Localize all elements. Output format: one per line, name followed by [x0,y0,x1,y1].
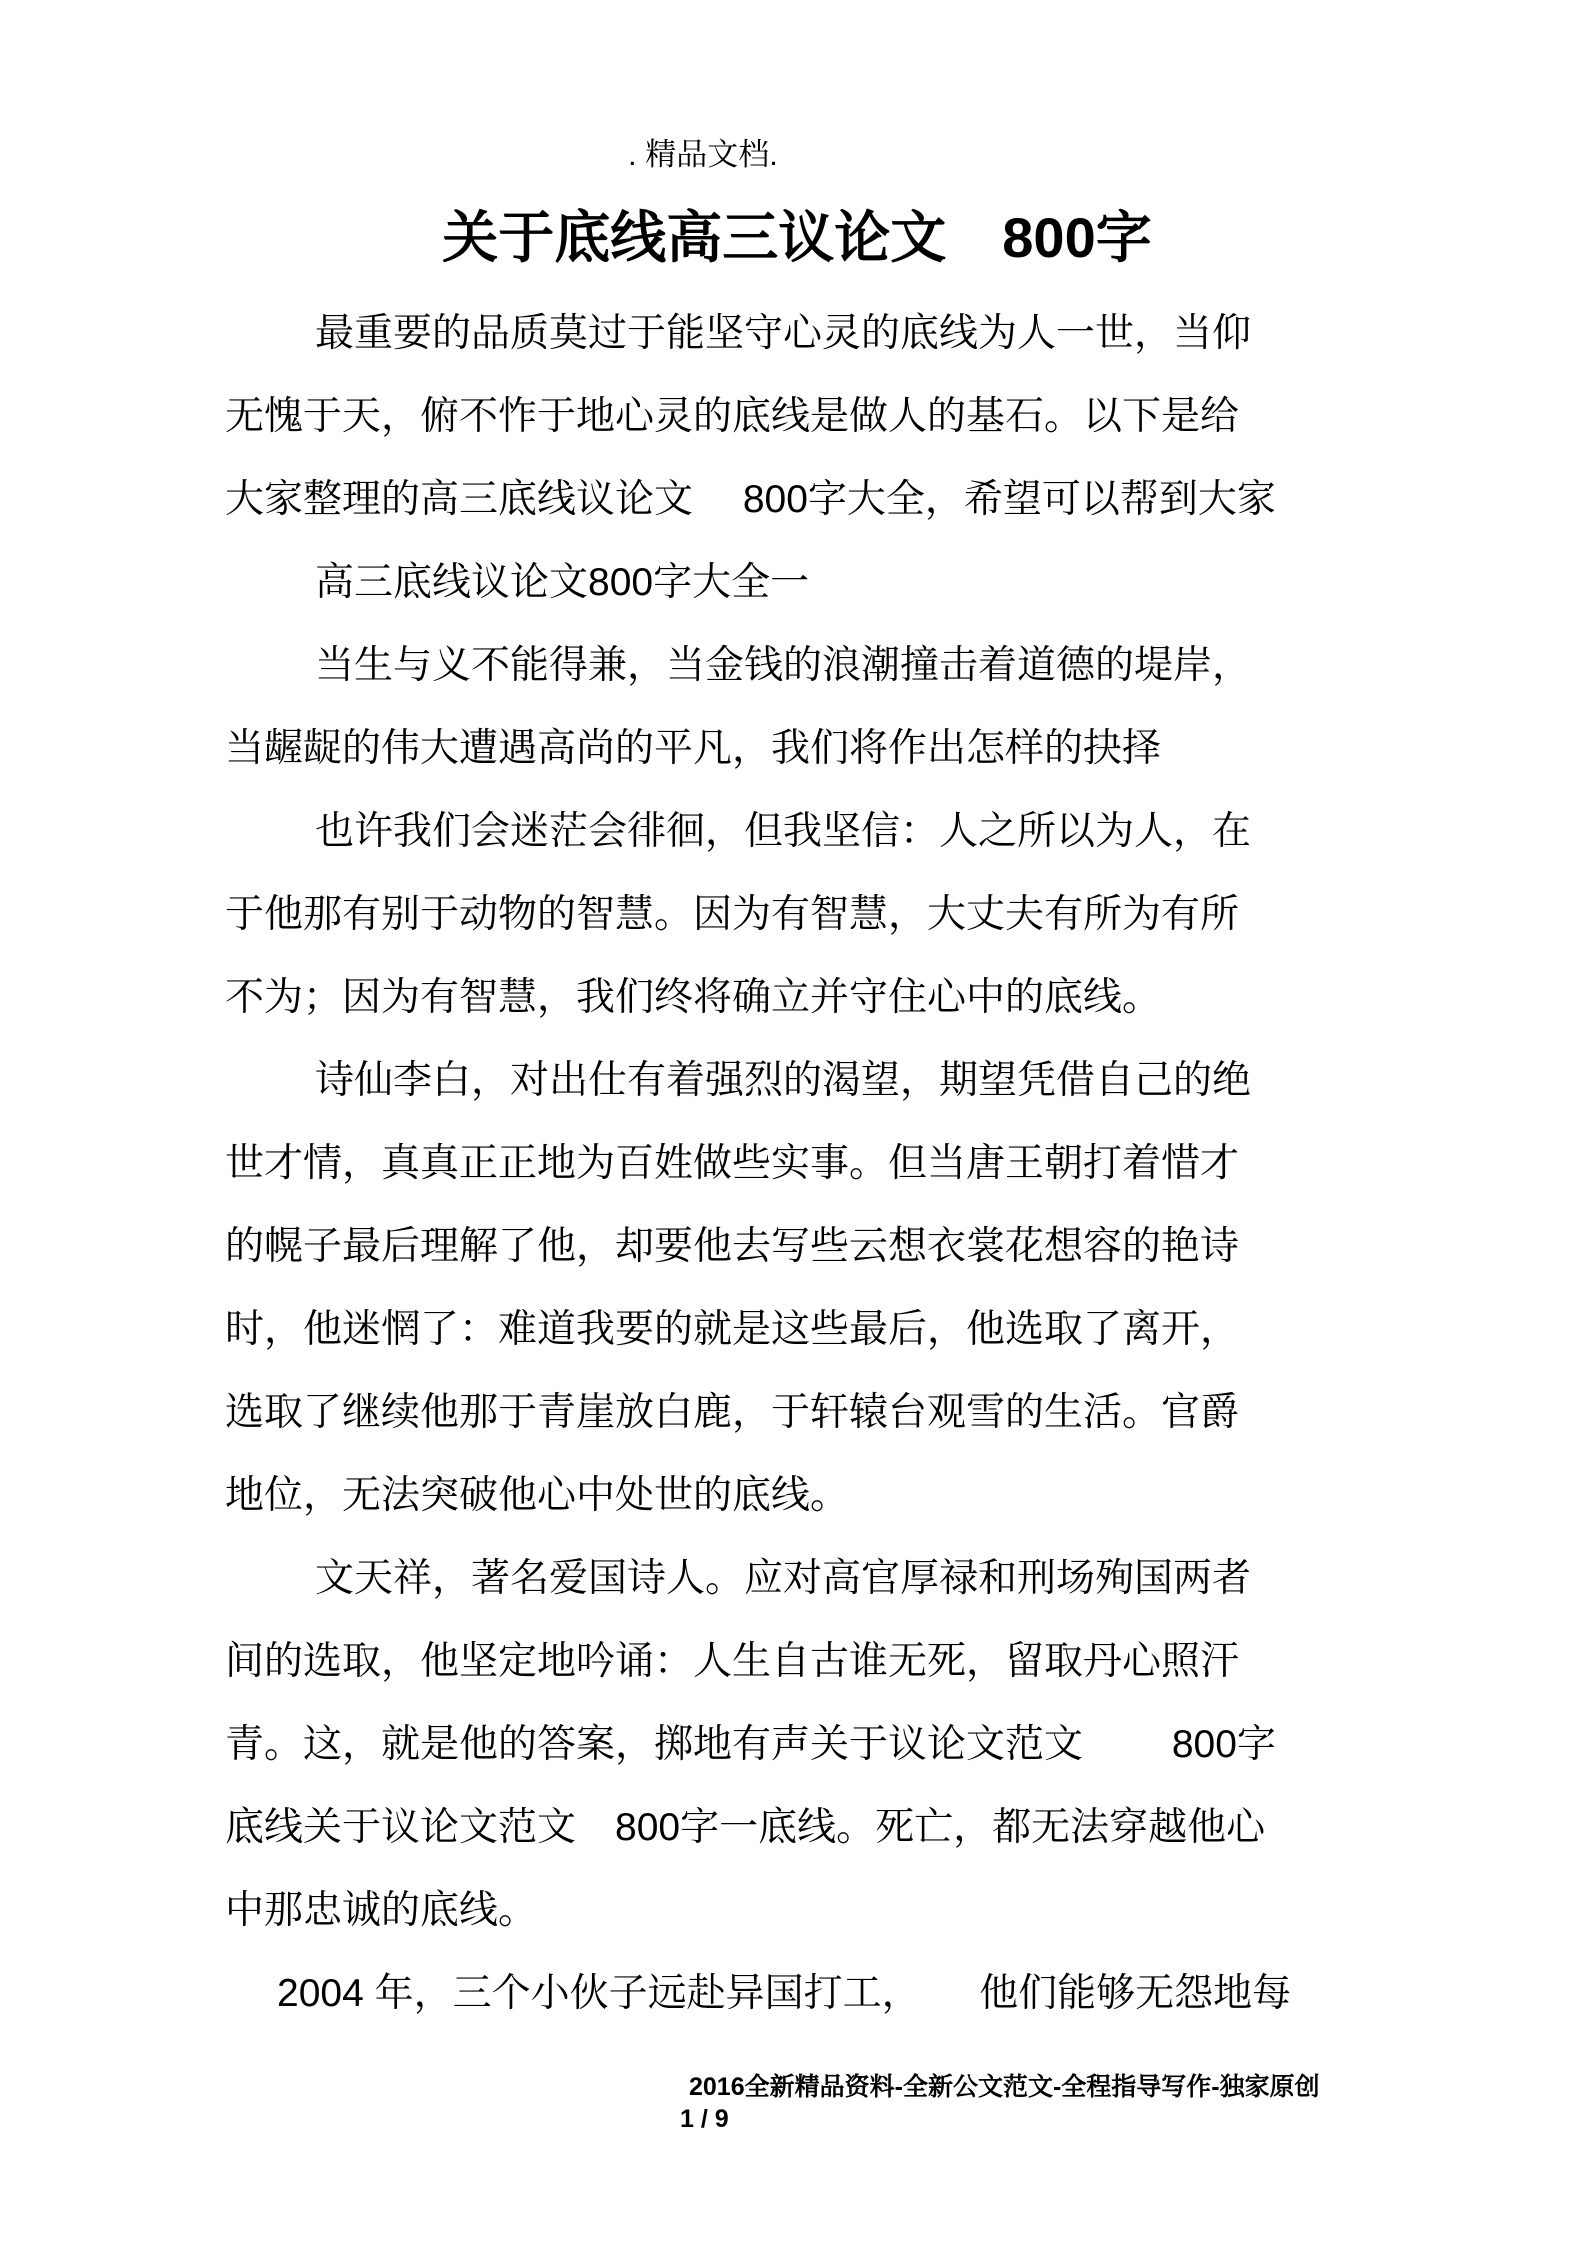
body-line: 诗仙李白，对出仕有着强烈的渴望，期望凭借自己的绝 [225,1039,1291,1122]
body-line: 不为；因为有智慧，我们终将确立并守住心中的底线。 [225,956,1291,1039]
body-line: 的幌子最后理解了他，却要他去写些云想衣裳花想容的艳诗 [225,1205,1291,1288]
body-line: 间的选取，他坚定地吟诵：人生自古谁无死，留取丹心照汗 [225,1620,1291,1703]
body-line: 最重要的品质莫过于能坚守心灵的底线为人一世，当仰 [225,292,1291,375]
footer-note: 2016全新精品资料-全新公文范文-全程指导写作-独家原创 [689,2072,1320,2102]
body-line: 大家整理的高三底线议论文 800字大全，希望可以帮到大家 [225,458,1291,541]
body-line: 青。这，就是他的答案，掷地有声关于议论文范文 800字 [225,1703,1291,1786]
body-line: 当生与义不能得兼，当金钱的浪潮撞击着道德的堤岸， [225,624,1291,707]
document-body: 最重要的品质莫过于能坚守心灵的底线为人一世，当仰无愧于天，俯不怍于地心灵的底线是… [225,292,1291,2035]
body-line: 地位，无法突破他心中处世的底线。 [225,1454,1291,1537]
page-number: 1 / 9 [680,2104,729,2134]
body-line: 文天祥，著名爱国诗人。应对高官厚禄和刑场殉国两者 [225,1537,1291,1620]
body-line: 当龌龊的伟大遭遇高尚的平凡，我们将作出怎样的抉择 [225,707,1291,790]
body-line: 高三底线议论文800字大全一 [225,541,1291,624]
body-line: 于他那有别于动物的智慧。因为有智慧，大丈夫有所为有所 [225,873,1291,956]
body-line: 中那忠诚的底线。 [225,1869,1291,1952]
page-title: 关于底线高三议论文 800字 [0,206,1594,270]
body-line: 底线关于议论文范文 800字一底线。死亡，都无法穿越他心 [225,1786,1291,1869]
body-line: 时，他迷惘了：难道我要的就是这些最后，他选取了离开， [225,1288,1291,1371]
body-line: 2004 年，三个小伙子远赴异国打工， 他们能够无怨地每 [225,1952,1291,2035]
document-header: . 精品文档. [628,138,778,172]
body-line: 选取了继续他那于青崖放白鹿，于轩辕台观雪的生活。官爵 [225,1371,1291,1454]
body-line: 也许我们会迷茫会徘徊，但我坚信：人之所以为人，在 [225,790,1291,873]
body-line: 无愧于天，俯不怍于地心灵的底线是做人的基石。以下是给 [225,375,1291,458]
document-page: . 精品文档. 关于底线高三议论文 800字 最重要的品质莫过于能坚守心灵的底线… [0,0,1594,2256]
body-line: 世才情，真真正正地为百姓做些实事。但当唐王朝打着惜才 [225,1122,1291,1205]
